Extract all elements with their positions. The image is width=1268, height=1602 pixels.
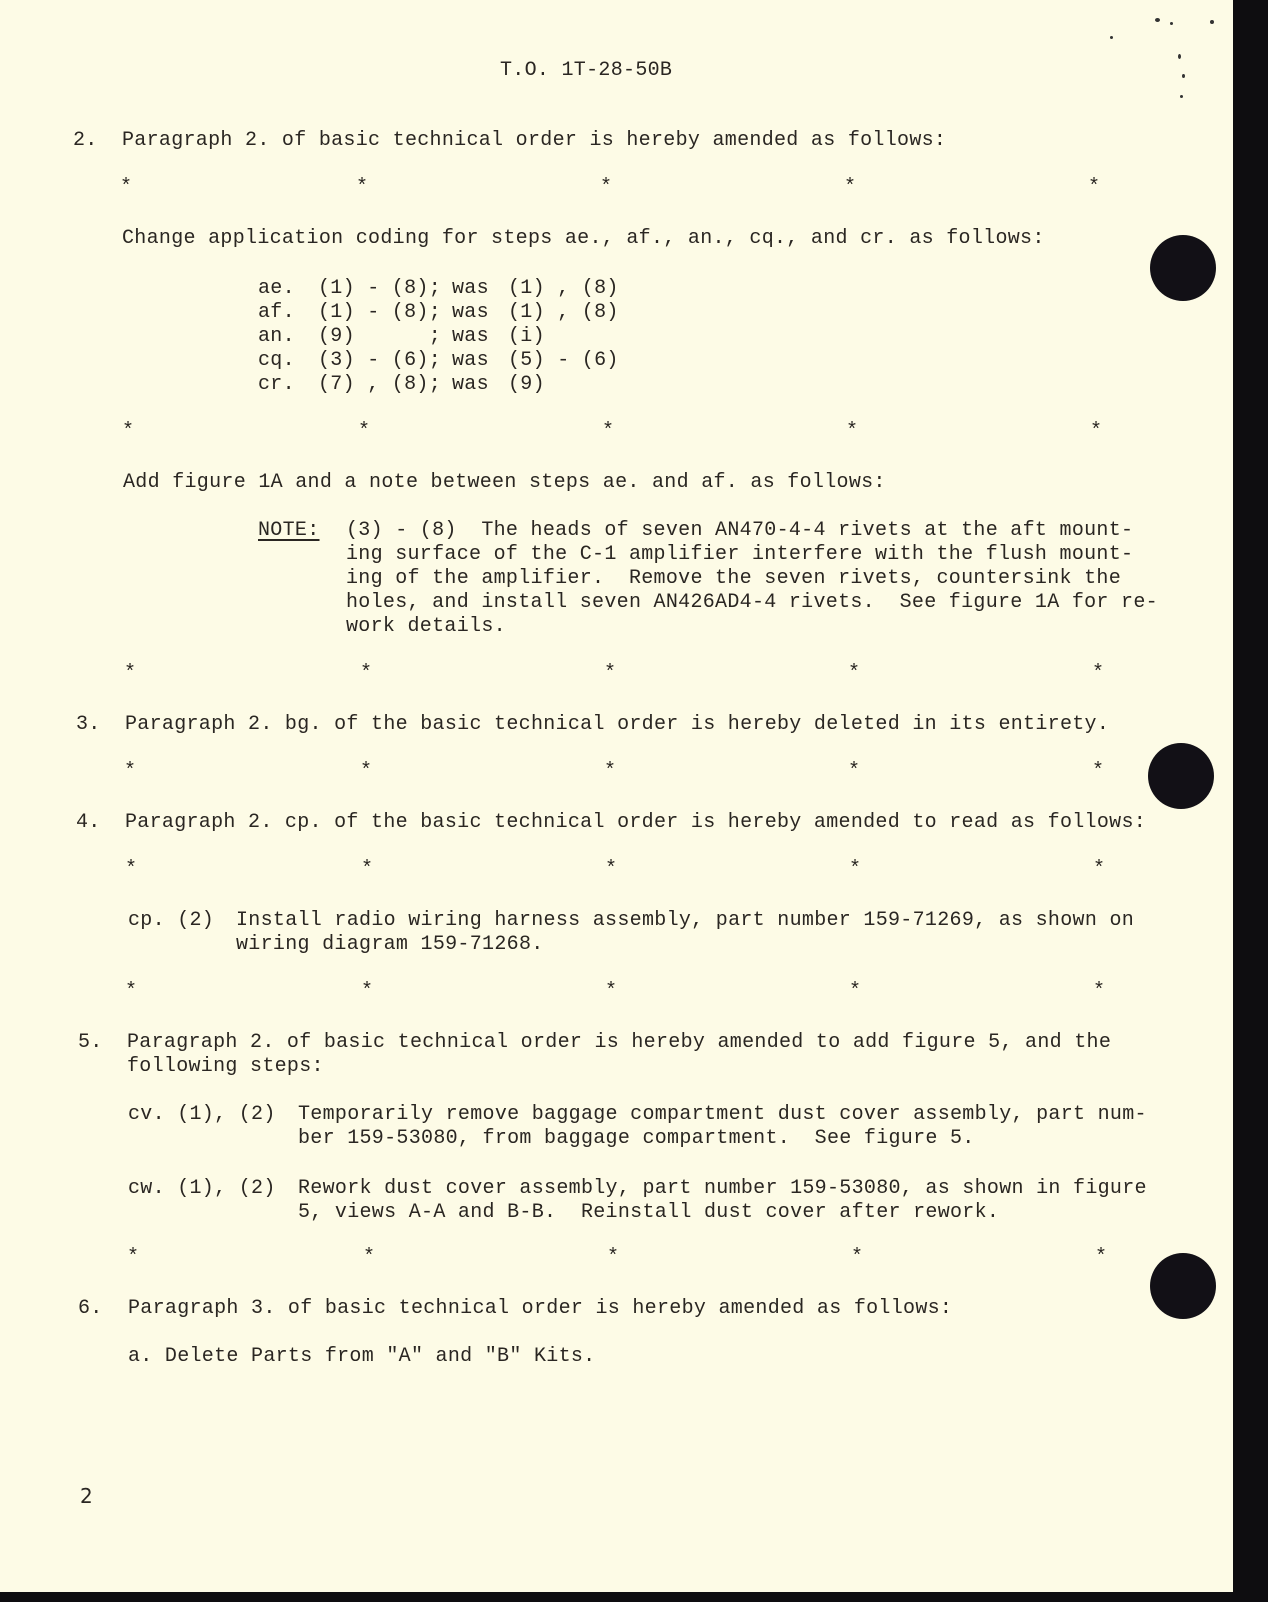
page-number: 2 bbox=[80, 1484, 93, 1509]
change-intro: Change application coding for steps ae.,… bbox=[122, 226, 1045, 251]
sub-item: a. Delete Parts from "A" and "B" Kits. bbox=[128, 1344, 595, 1369]
section-text: Paragraph 2. bg. of the basic technical … bbox=[125, 712, 1109, 737]
binder-hole bbox=[1150, 235, 1216, 301]
section-text: Paragraph 2. of basic technical order is… bbox=[122, 128, 946, 153]
section-number: 4. bbox=[76, 810, 101, 835]
step-label: cv. (1), (2) bbox=[128, 1102, 276, 1127]
doc-id: T.O. 1T-28-50B bbox=[500, 58, 672, 83]
step-label: cw. (1), (2) bbox=[128, 1176, 276, 1201]
section-number: 5. bbox=[78, 1030, 103, 1055]
binder-hole bbox=[1150, 1253, 1216, 1319]
omission-stars: ***** bbox=[120, 422, 1120, 442]
omission-stars: ***** bbox=[120, 762, 1120, 782]
section-number: 2. bbox=[73, 128, 98, 153]
omission-stars: ***** bbox=[120, 1248, 1120, 1268]
section-number: 6. bbox=[78, 1296, 103, 1321]
add-intro: Add figure 1A and a note between steps a… bbox=[123, 470, 886, 495]
section-number: 3. bbox=[76, 712, 101, 737]
note-label: NOTE: bbox=[258, 518, 320, 543]
section-text: Paragraph 2. cp. of the basic technical … bbox=[125, 810, 1146, 835]
document-page: T.O. 1T-28-50B 2. Paragraph 2. of basic … bbox=[0, 0, 1233, 1592]
step-label: cp. (2) bbox=[128, 908, 214, 933]
section-text: Paragraph 3. of basic technical order is… bbox=[128, 1296, 952, 1321]
omission-stars: ***** bbox=[120, 664, 1120, 684]
omission-stars: ***** bbox=[120, 860, 1120, 880]
binder-hole bbox=[1148, 743, 1214, 809]
omission-stars: ***** bbox=[120, 178, 1120, 198]
omission-stars: ***** bbox=[120, 982, 1120, 1002]
